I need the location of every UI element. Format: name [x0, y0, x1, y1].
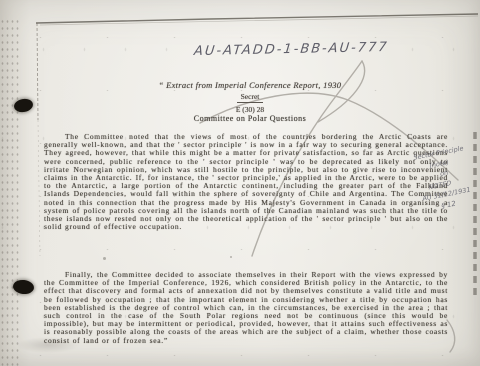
classification-label: Secret — [237, 92, 264, 103]
ink-speck — [230, 256, 232, 258]
left-fold-crease-lower — [38, 120, 40, 256]
page-top-edge-shadow — [40, 16, 478, 25]
document-number: E (30) 28 — [10, 105, 480, 114]
handwritten-margin-note: Sector Principle (note) on NOTED AU 31/1… — [413, 140, 480, 214]
document-title: “ Extract from Imperial Conference Repor… — [10, 80, 480, 90]
classification-block: Secret E (30) 28 — [10, 92, 480, 114]
ink-speck — [103, 257, 106, 260]
page-top-edge-line — [36, 14, 478, 23]
paragraph-occupation-title: Finally, the Committee decided to associ… — [44, 271, 448, 345]
committee-heading: Committee on Polar Questions — [10, 114, 480, 123]
paragraph-sector-principle: The Committee noted that the views of mo… — [44, 133, 448, 231]
scanned-document-page: AU-ATADD-1-BB-AU-777 “ Extract from Impe… — [0, 0, 480, 366]
